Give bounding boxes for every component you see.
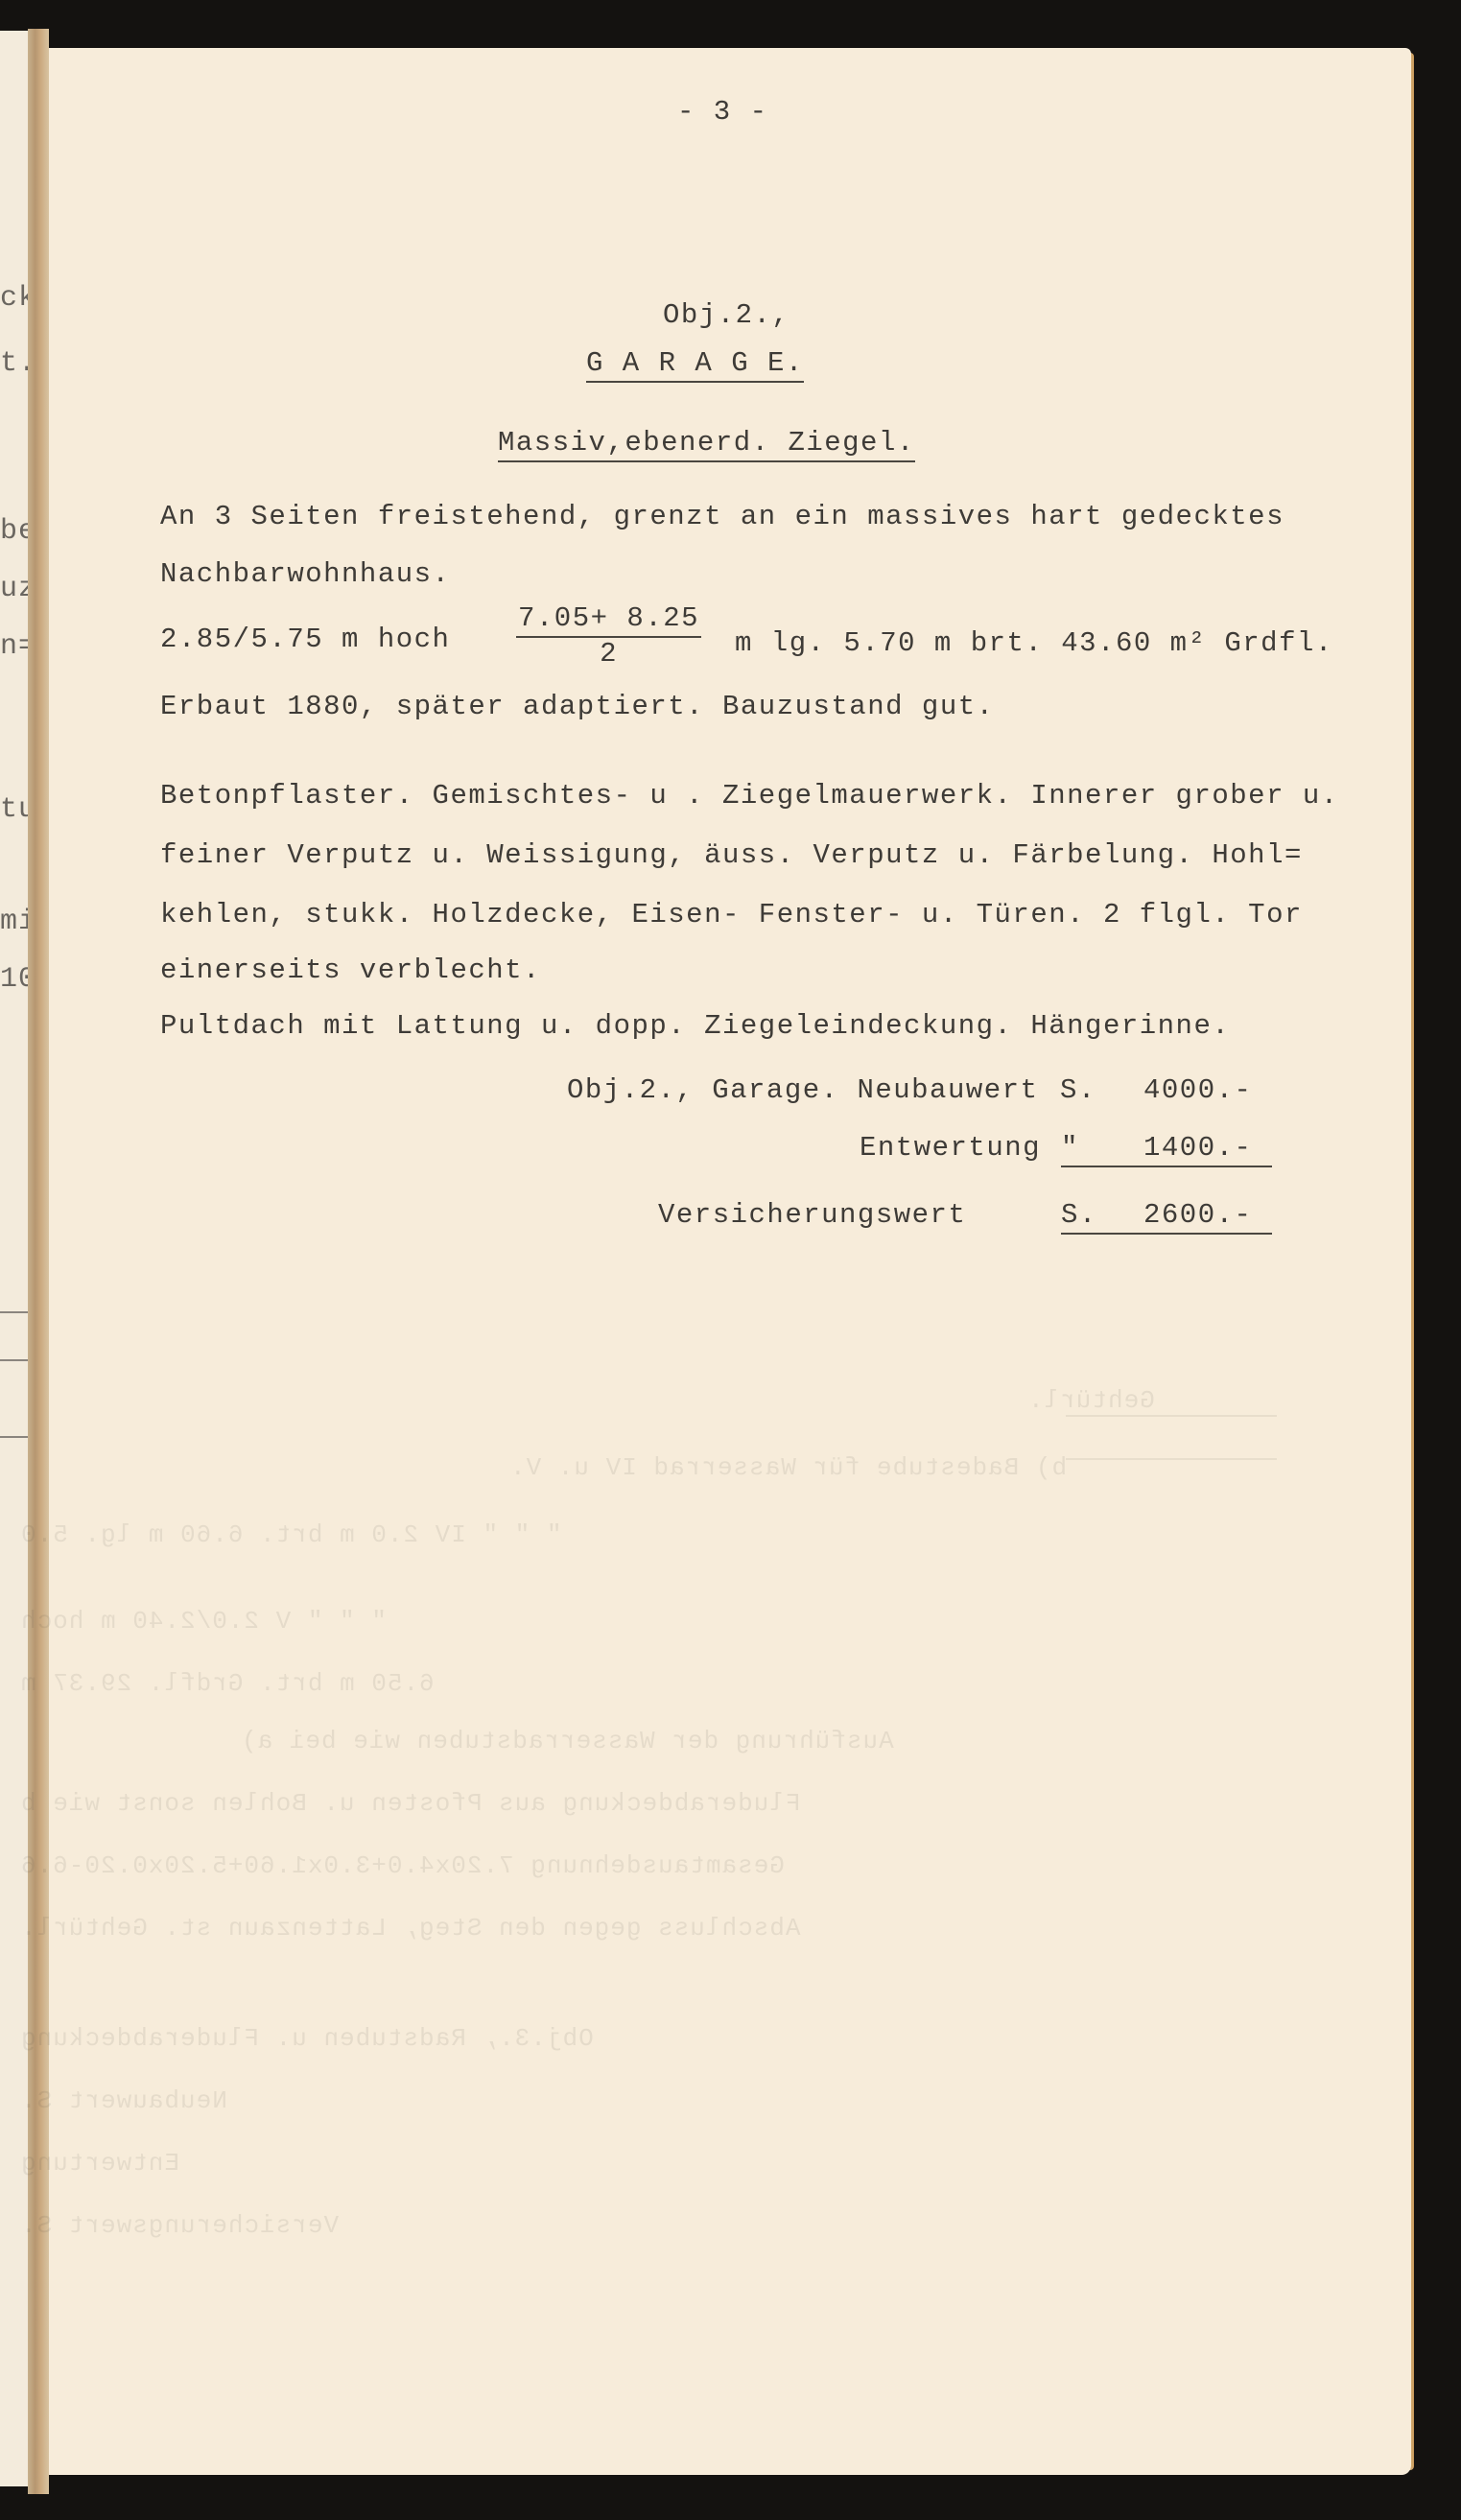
- book-spine: [28, 29, 49, 2494]
- description-line: Pultdach mit Lattung u. dopp. Ziegeleind…: [160, 1010, 1230, 1042]
- fragment-text: ck.: [0, 282, 29, 315]
- bleed-through-text: Obj.3., Radstuben u. Fluderabdeckung: [20, 2024, 594, 2053]
- fragment-text: uze: [0, 573, 29, 605]
- bleed-through-text: 6.50 m brt. Grdfl. 29.37 m: [20, 1669, 435, 1698]
- location-line: Nachbarwohnhaus.: [160, 558, 450, 590]
- bleed-through-text: Gesamtausdehnung 7.20x4.0+3.0x1.60+5.20x…: [20, 1851, 785, 1880]
- dimensions-rest: m lg. 5.70 m brt. 43.60 m² Grdfl.: [735, 627, 1333, 659]
- facing-page-fragment: ck. t. ber uze n= tur mi 10: [0, 31, 29, 2486]
- valuation-label: Versicherungswert: [658, 1199, 966, 1231]
- description-line: feiner Verputz u. Weissigung, äuss. Verp…: [160, 839, 1303, 871]
- bleed-through-text: Ausführung der Wasserradstuben wie bei a…: [241, 1727, 894, 1755]
- valuation-value-versicherungswert: 2600.-: [1143, 1199, 1252, 1231]
- bleed-through-text: Neubauwert S.: [20, 2086, 227, 2115]
- fraction-denominator: 2: [516, 638, 701, 670]
- fragment-text: n=: [0, 630, 29, 663]
- document-page: Gehtürl. b) Badestube für Wasserrad IV u…: [49, 48, 1411, 2475]
- bleed-through-text: Fluderabdeckung aus Pfosten u. Bohlen so…: [20, 1789, 801, 1818]
- valuation-currency: S.: [1061, 1199, 1097, 1231]
- valuation-row-entwertung: " 1400.-: [1061, 1132, 1272, 1167]
- object-heading: Obj.2.,: [663, 299, 789, 331]
- description-line: einerseits verblecht.: [160, 954, 541, 986]
- bleed-through-text: Entwertung: [20, 2149, 179, 2178]
- valuation-value-neubauwert: 4000.-: [1143, 1074, 1252, 1106]
- fraction-numerator: 7.05+ 8.25: [516, 602, 701, 638]
- fragment-rule: [0, 1359, 29, 1361]
- built-line: Erbaut 1880, später adaptiert. Bauzustan…: [160, 691, 995, 722]
- fragment-text: mi: [0, 906, 29, 938]
- description-line: Betonpflaster. Gemischtes- u . Ziegelmau…: [160, 780, 1339, 812]
- bleed-through-rule: [1066, 1415, 1277, 1417]
- bleed-through-text: b) Badestube für Wasserrad IV u. V.: [509, 1453, 1067, 1482]
- object-title: G A R A G E.: [586, 347, 804, 383]
- fragment-text: ber: [0, 515, 29, 548]
- valuation-currency: ": [1061, 1132, 1079, 1164]
- bleed-through-text: " " " IV 2.0 m brt. 6.60 m lg. 5.0: [20, 1520, 562, 1549]
- bleed-through-text: " " " V 2.0/2.40 m hoch: [20, 1607, 387, 1636]
- valuation-value-entwertung: 1400.-: [1143, 1132, 1252, 1164]
- fragment-rule: [0, 1436, 29, 1438]
- bleed-through-rule: [1066, 1458, 1277, 1460]
- bleed-through-text: Abschluss gegen den Steg, Lattenzaun st.…: [20, 1914, 801, 1943]
- location-line: An 3 Seiten freistehend, grenzt an ein m…: [160, 501, 1284, 532]
- dimensions-height: 2.85/5.75 m hoch: [160, 624, 450, 655]
- fragment-rule: [0, 1311, 29, 1313]
- fragment-text: tur: [0, 793, 29, 826]
- valuation-label: Entwertung: [860, 1132, 1041, 1164]
- description-line: kehlen, stukk. Holzdecke, Eisen- Fenster…: [160, 899, 1303, 930]
- fragment-text: t.: [0, 347, 29, 380]
- valuation-row-versicherungswert: S. 2600.-: [1061, 1199, 1272, 1235]
- valuation-currency: S.: [1060, 1074, 1096, 1106]
- valuation-label: Obj.2., Garage. Neubauwert: [567, 1074, 1038, 1106]
- fragment-text: 10: [0, 963, 29, 996]
- page-number: - 3 -: [677, 96, 768, 128]
- dimensions-fraction: 7.05+ 8.25 2: [516, 602, 701, 670]
- construction-subtitle: Massiv,ebenerd. Ziegel.: [498, 427, 915, 462]
- bleed-through-text: Gehtürl.: [1027, 1386, 1155, 1415]
- bleed-through-text: Versicherungswert S.: [20, 2211, 339, 2240]
